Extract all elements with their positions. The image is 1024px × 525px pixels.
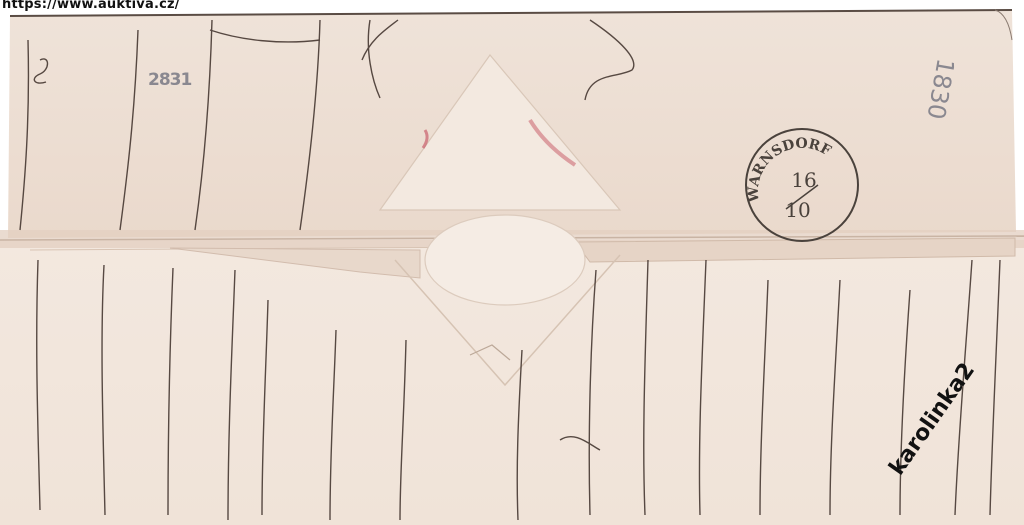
svg-text:WARNSDORF: WARNSDORF [746, 136, 834, 204]
letter-photo: 2831 1830 WARNSDORF 16 10 https://www.au… [0, 0, 1024, 525]
postmark-town: WARNSDORF [746, 136, 834, 204]
pencil-inventory-number: 2831 [148, 70, 191, 90]
auction-site-watermark: https://www.auktiva.cz/ [2, 0, 180, 12]
postmark-month: 10 [785, 198, 810, 222]
seal-imprint [425, 215, 585, 305]
warnsdorf-postmark: WARNSDORF 16 10 [742, 125, 862, 245]
